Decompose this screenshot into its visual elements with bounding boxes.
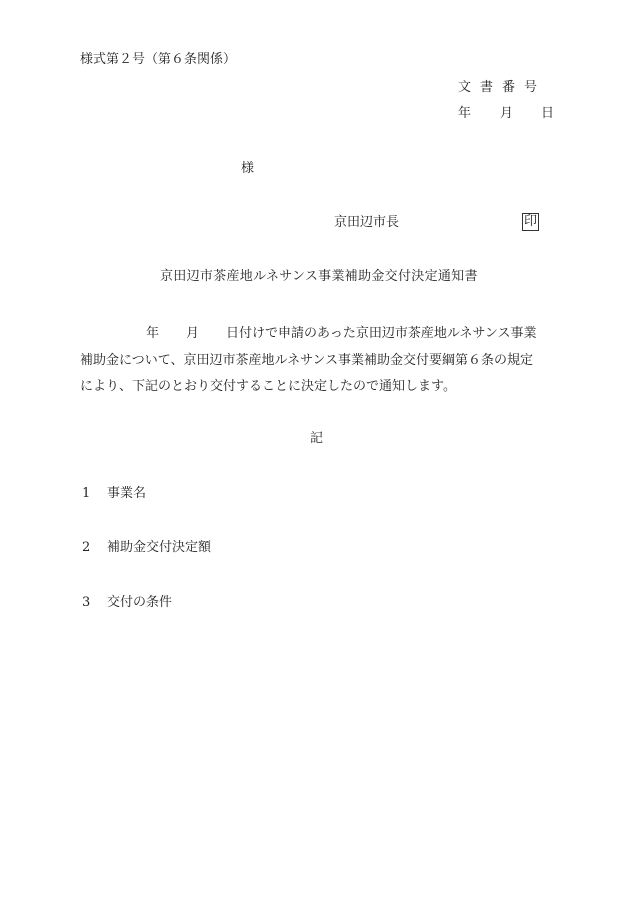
body-line-3: により、下記のとおり交付することに決定したので通知します。 [80, 374, 555, 401]
issue-date: 年月日 [458, 106, 554, 122]
item-label: 補助金交付決定額 [107, 540, 211, 555]
item-label: 交付の条件 [107, 595, 172, 610]
date-month-label: 月 [500, 106, 513, 122]
item-label: 事業名 [107, 486, 146, 501]
form-number: 様式第２号（第６条関係） [80, 52, 236, 68]
date-day-label: 日 [541, 106, 554, 122]
list-item-grant-conditions: 3交付の条件 [82, 595, 172, 611]
recipient-honorific: 様 [241, 161, 254, 177]
item-number: 3 [82, 595, 107, 611]
body-line-1-text: 日付けで申請のあった京田辺市茶産地ルネサンス事業 [226, 321, 536, 348]
notice-body: 年月日付けで申請のあった京田辺市茶産地ルネサンス事業 補助金について、京田辺市茶… [80, 321, 555, 401]
item-number: 2 [82, 540, 107, 556]
body-month-label: 月 [186, 321, 199, 348]
item-number: 1 [82, 486, 107, 502]
issuer-name: 京田辺市長 [334, 215, 399, 231]
list-item-grant-amount: 2補助金交付決定額 [82, 540, 211, 556]
ki-heading: 記 [310, 431, 323, 447]
date-year-label: 年 [458, 106, 471, 122]
list-item-project-name: 1事業名 [82, 486, 146, 502]
seal-mark: 印 [522, 213, 539, 231]
body-year-label: 年 [146, 321, 159, 348]
body-line-2: 補助金について、京田辺市茶産地ルネサンス事業補助金交付要綱第６条の規定 [80, 348, 555, 375]
document-title: 京田辺市茶産地ルネサンス事業補助金交付決定通知書 [160, 269, 478, 285]
body-line-1: 年月日付けで申請のあった京田辺市茶産地ルネサンス事業 [80, 321, 555, 348]
document-number-label: 文書番号 [458, 80, 546, 96]
